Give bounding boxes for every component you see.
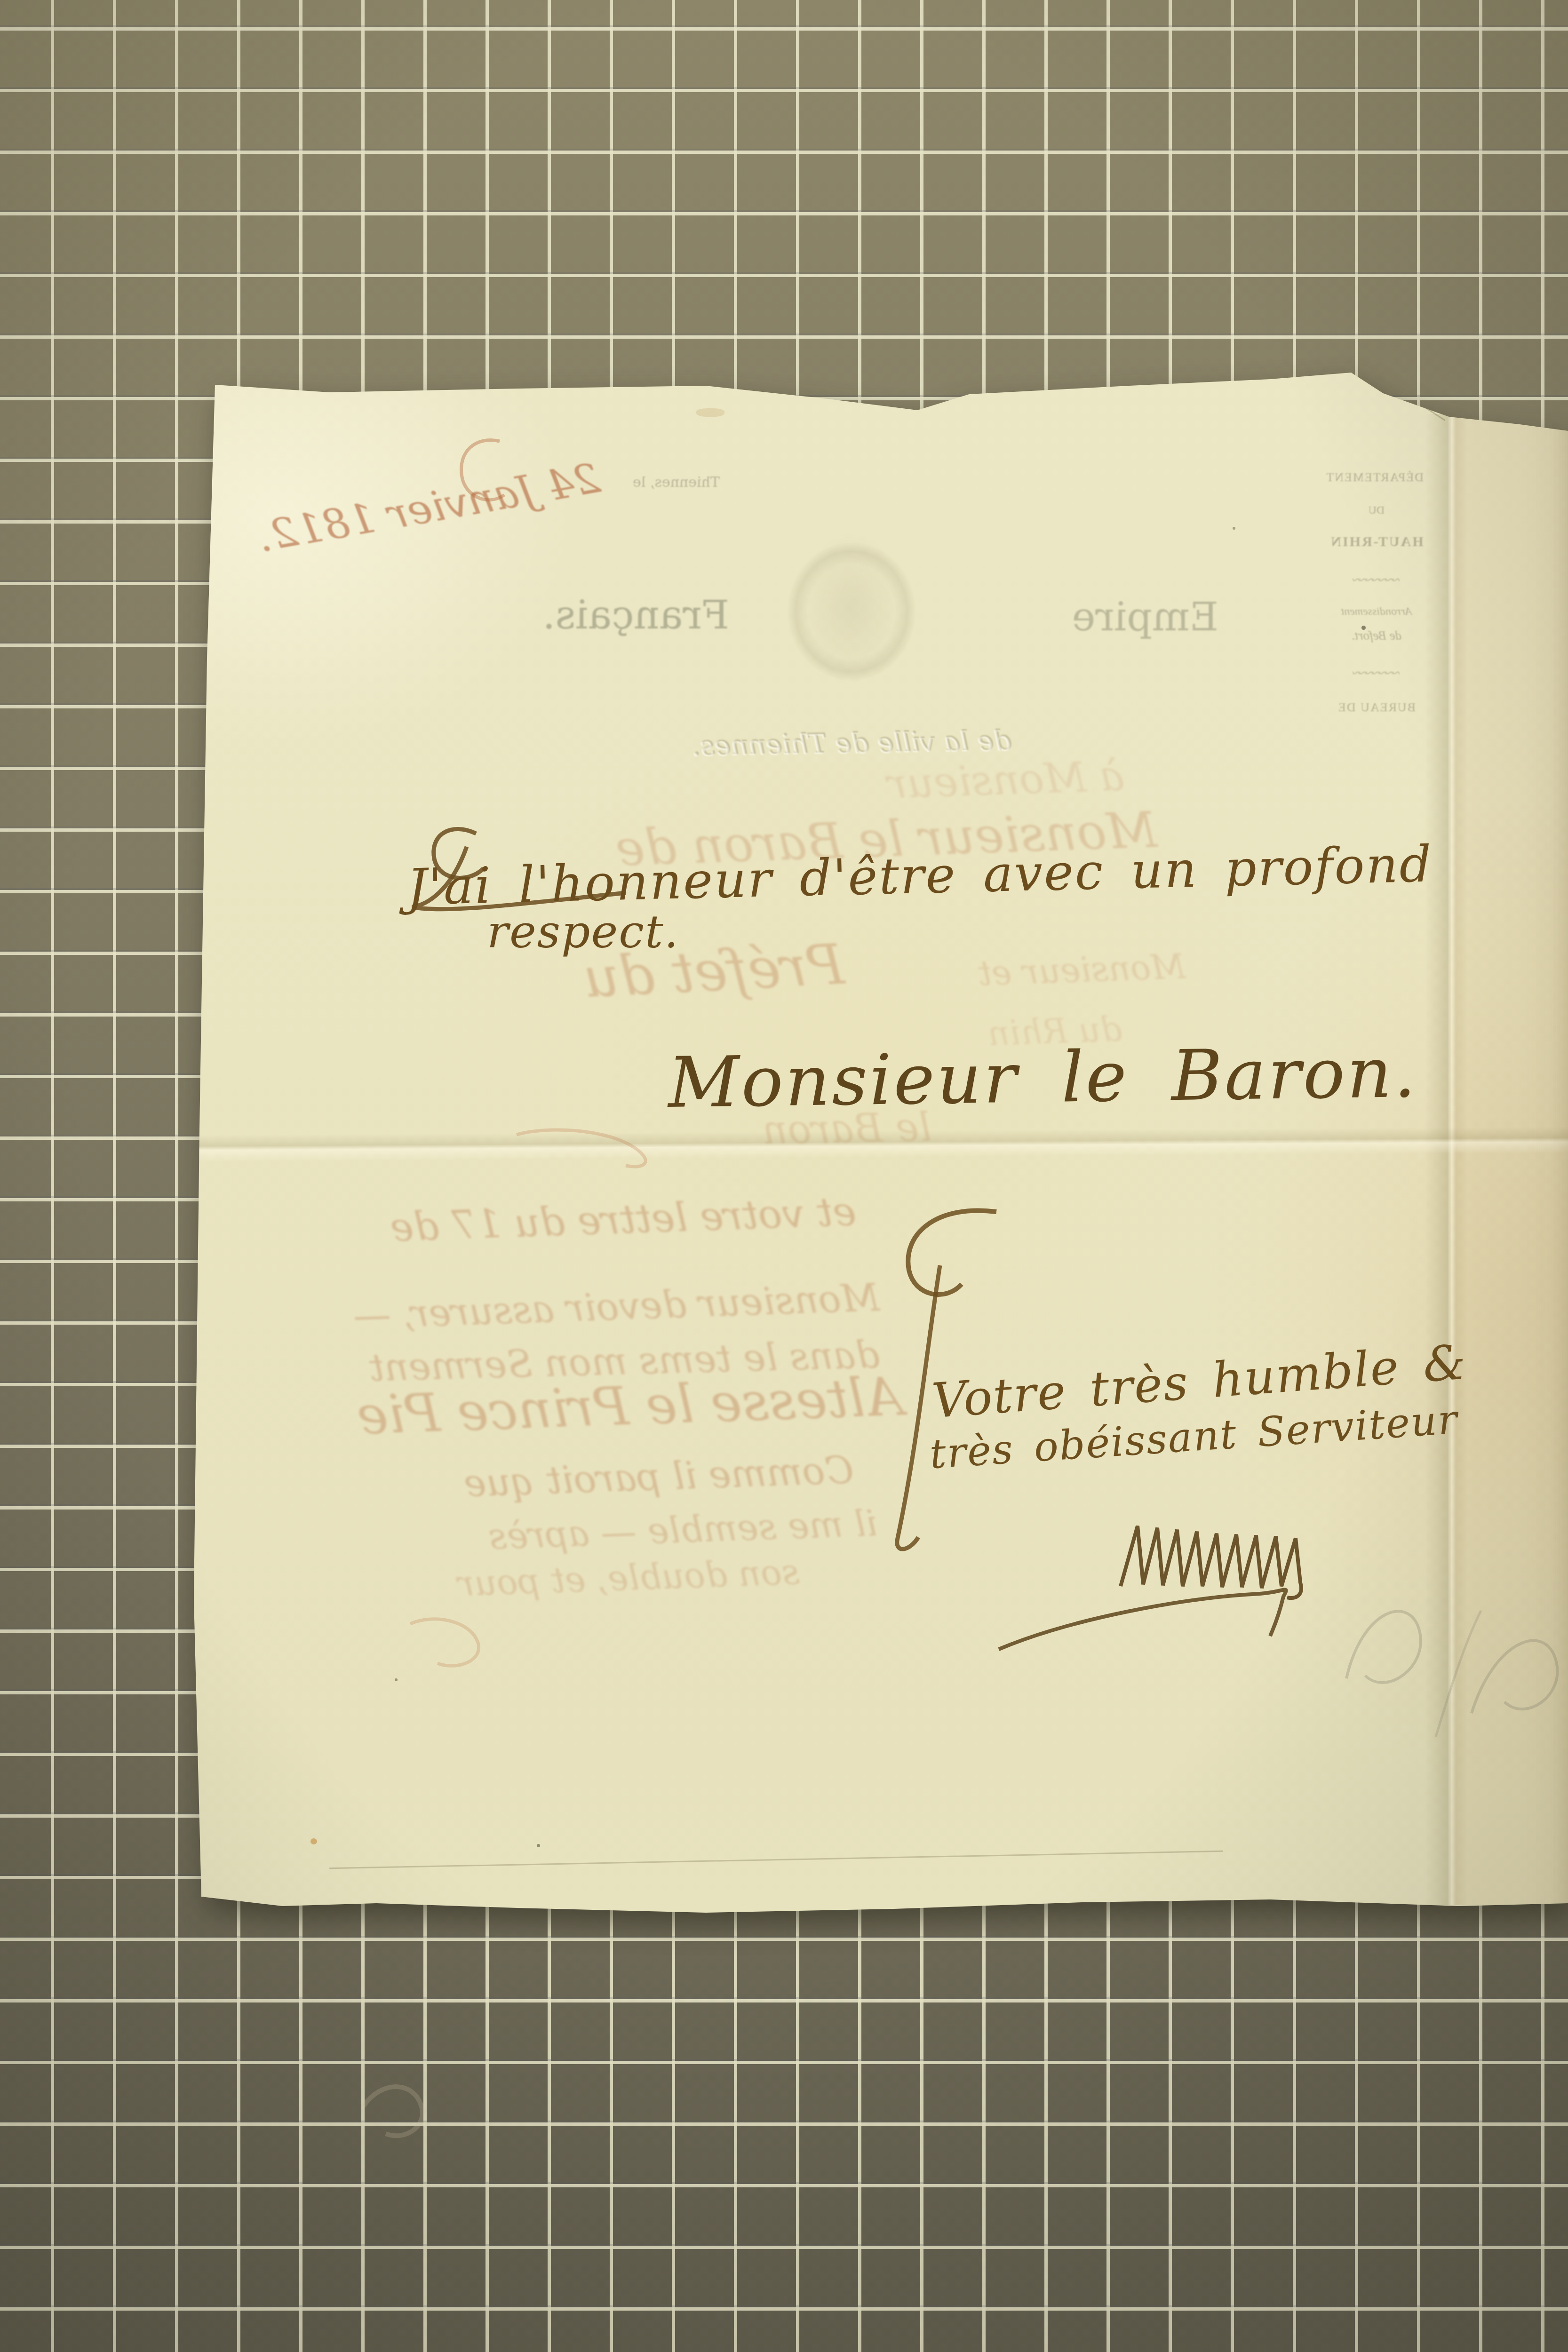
letter-sheet-wrap: 24 Janvier 1812. Thiennes, le Français. … (0, 0, 1568, 2352)
ink-flourishes (0, 0, 1568, 2352)
pencil-scribble (1436, 1611, 1481, 1737)
j-swash (434, 829, 484, 878)
v-swash-stem (897, 1265, 940, 1549)
pencil-scribble (1472, 1641, 1558, 1713)
pencil-scribble (1346, 1611, 1421, 1683)
date-curl (461, 440, 504, 500)
signature-underline (999, 1589, 1286, 1649)
edge-stain (696, 408, 724, 417)
ink-speck (1361, 626, 1366, 630)
signature-scrawl (1121, 1526, 1301, 1598)
ink-speck (395, 1678, 398, 1681)
ink-speck (1233, 527, 1235, 530)
photo-canvas: 24 Janvier 1812. Thiennes, le Français. … (0, 0, 1568, 2352)
v-swash-loop (908, 1210, 996, 1295)
ghost-signature-curl (410, 1619, 479, 1666)
j-swash-underline (412, 847, 626, 909)
ink-speck (537, 1844, 540, 1847)
orange-stain (310, 1838, 317, 1844)
ghost-flourish (517, 1130, 645, 1167)
letter-sheet: 24 Janvier 1812. Thiennes, le Français. … (0, 0, 1568, 2352)
